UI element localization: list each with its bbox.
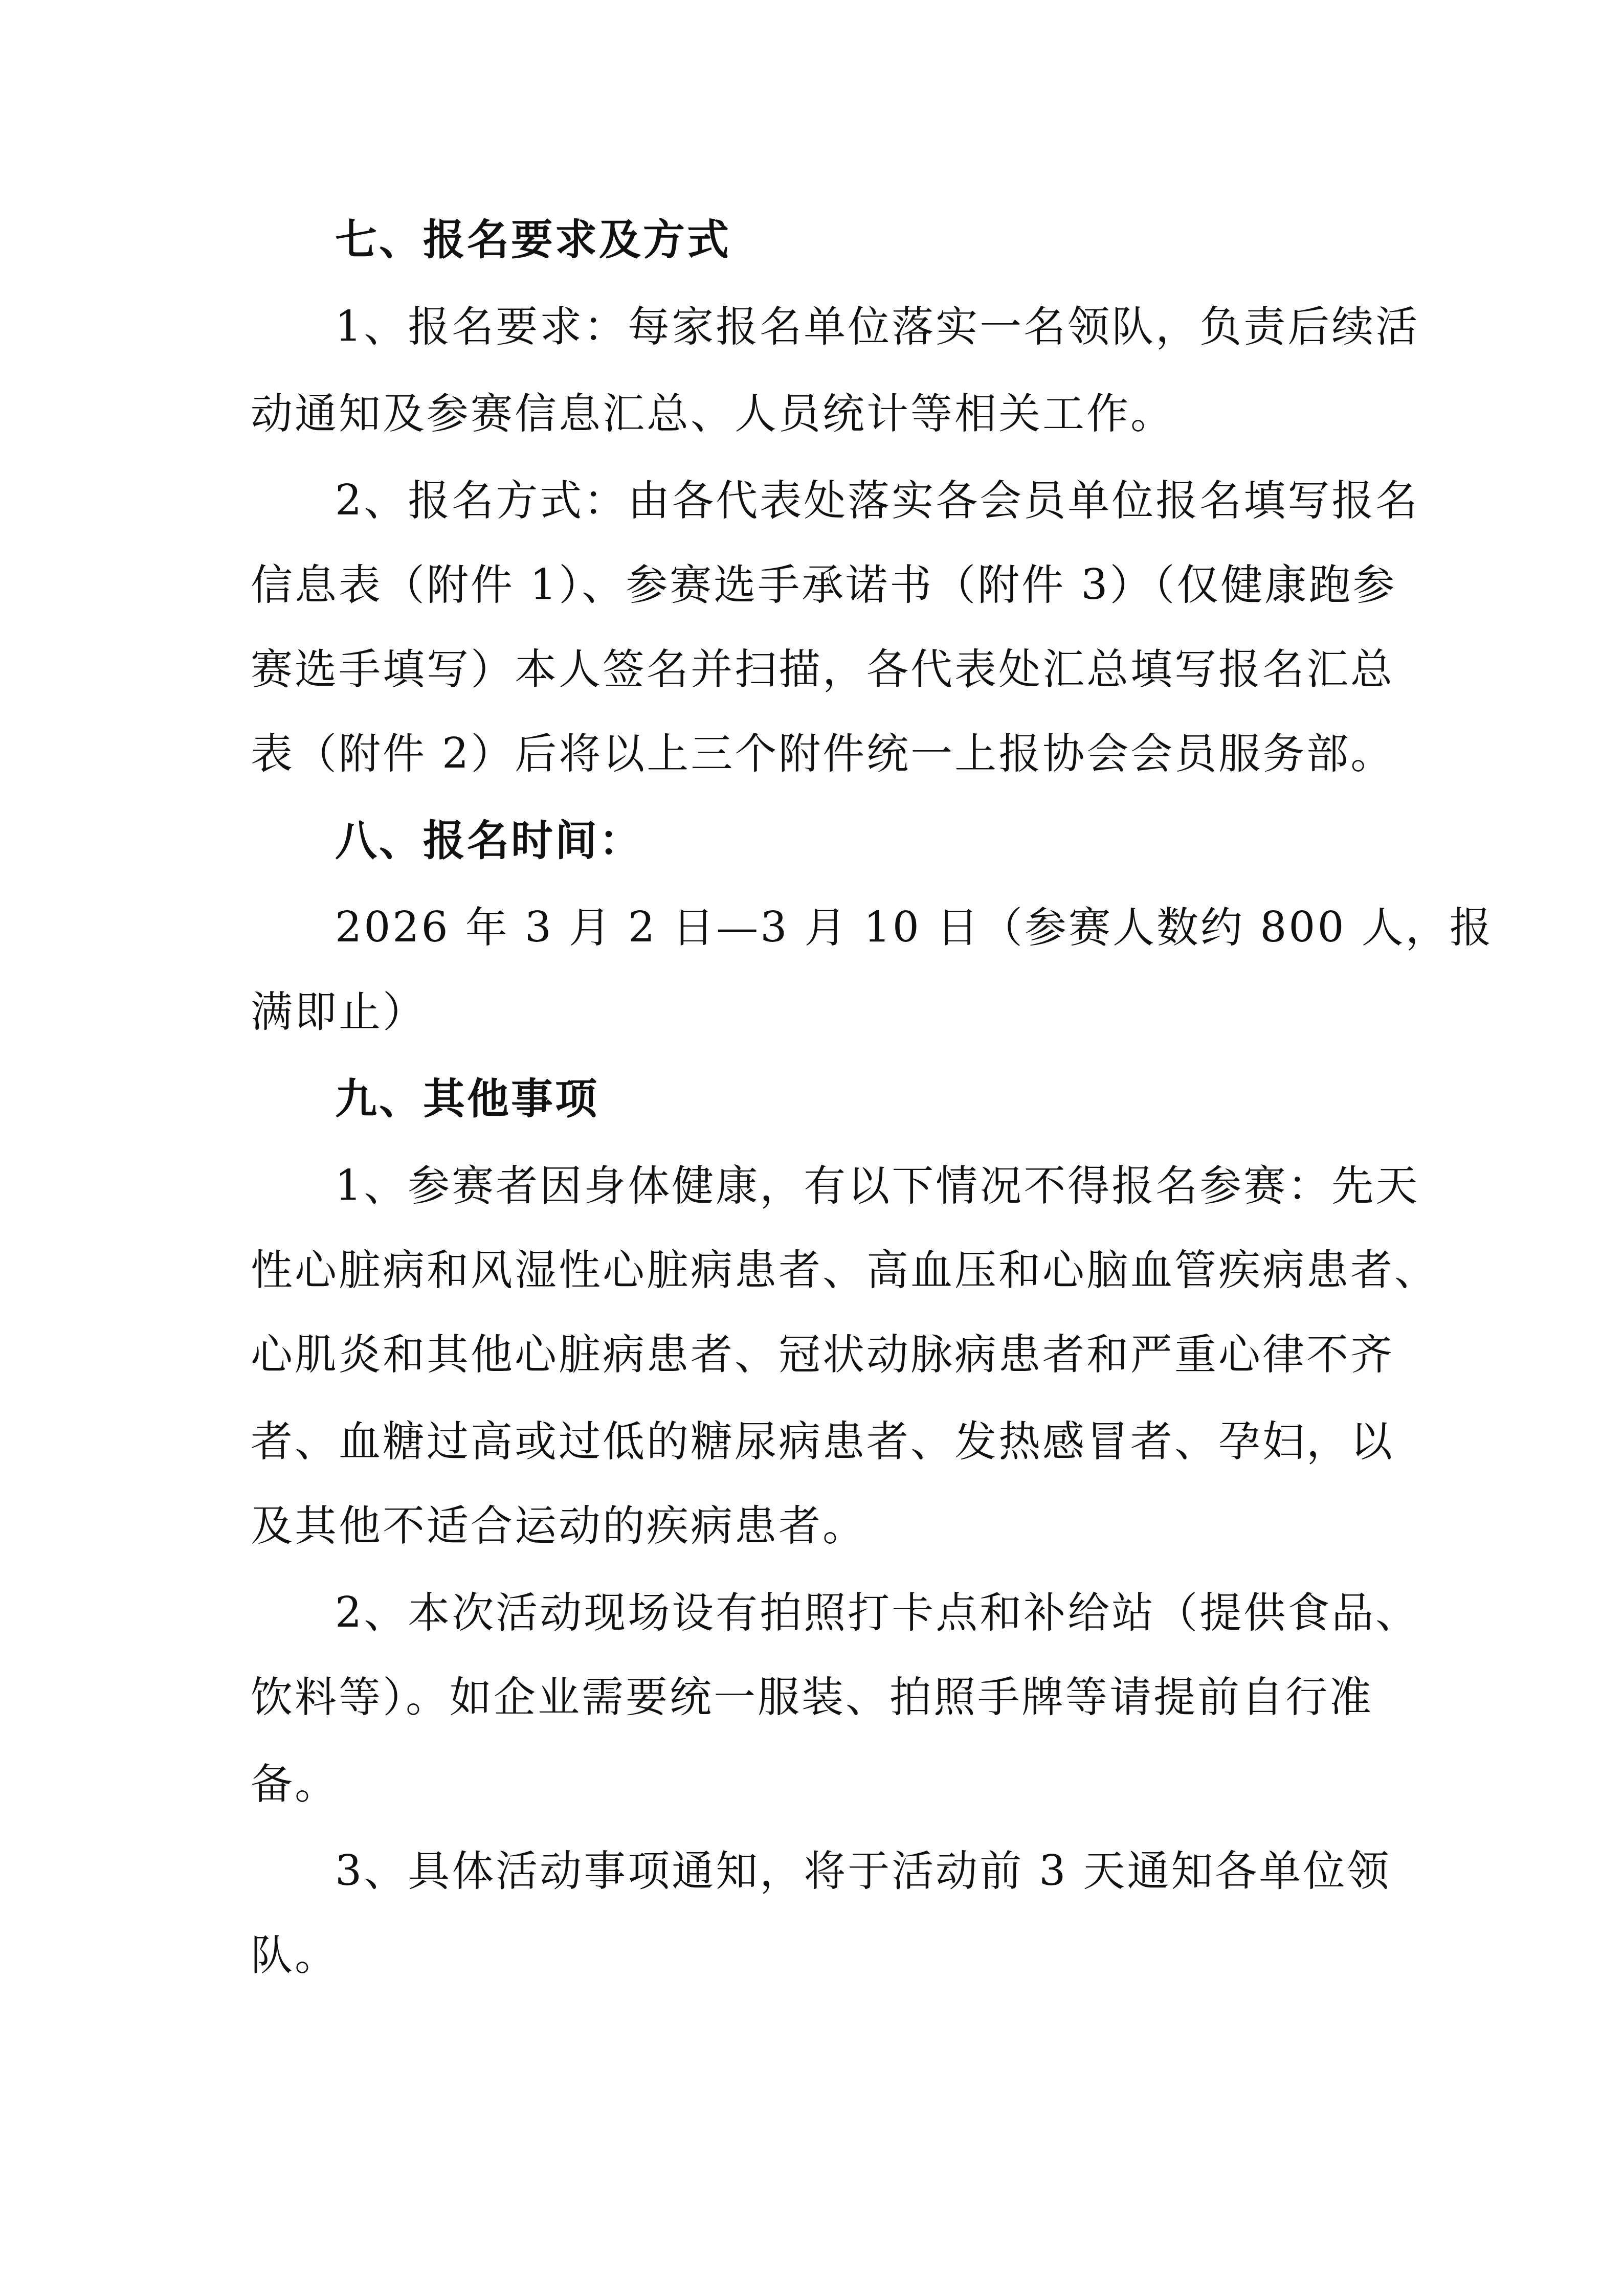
paragraph-line: 2、报名方式：由各代表处落实各会员单位报名填写报名 [335,476,1486,527]
section-heading-8: 八、报名时间： [335,816,1486,867]
paragraph-line: 2、本次活动现场设有拍照打卡点和补给站（提供食品、 [335,1588,1486,1639]
paragraph-line: 1、参赛者因身体健康，有以下情况不得报名参赛：先天 [335,1161,1486,1212]
paragraph-line: 信息表（附件 1）、参赛选手承诺书（附件 3）（仅健康跑参 [251,560,1401,611]
paragraph-line: 1、报名要求：每家报名单位落实一名领队，负责后续活 [335,302,1486,353]
section-heading-9: 九、其他事项 [335,1074,1486,1125]
paragraph-line: 动通知及参赛信息汇总、人员统计等相关工作。 [251,389,1401,440]
paragraph-line: 备。 [251,1759,1401,1810]
paragraph-line: 心肌炎和其他心脏病患者、冠状动脉病患者和严重心律不齐 [251,1330,1401,1381]
document-page: 七、报名要求及方式 1、报名要求：每家报名单位落实一名领队，负责后续活 动通知及… [0,0,1624,2296]
paragraph-line: 及其他不适合运动的疾病患者。 [251,1501,1401,1552]
paragraph-line: 饮料等）。如企业需要统一服装、拍照手牌等请提前自行准 [251,1672,1401,1723]
paragraph-line: 3、具体活动事项通知，将于活动前 3 天通知各单位领 [335,1846,1486,1897]
section-heading-7: 七、报名要求及方式 [335,215,1486,266]
paragraph-line: 队。 [251,1930,1401,1982]
paragraph-line: 满即止） [251,987,1401,1038]
paragraph-line: 者、血糖过高或过低的糖尿病患者、发热感冒者、孕妇，以 [251,1416,1401,1468]
paragraph-line: 表（附件 2）后将以上三个附件统一上报协会会员服务部。 [251,729,1401,780]
paragraph-line: 赛选手填写）本人签名并扫描，各代表处汇总填写报名汇总 [251,644,1401,695]
paragraph-line: 性心脏病和风湿性心脏病患者、高血压和心脑血管疾病患者、 [251,1245,1401,1296]
paragraph-line: 2026 年 3 月 2 日—3 月 10 日（参赛人数约 800 人，报 [335,903,1486,954]
